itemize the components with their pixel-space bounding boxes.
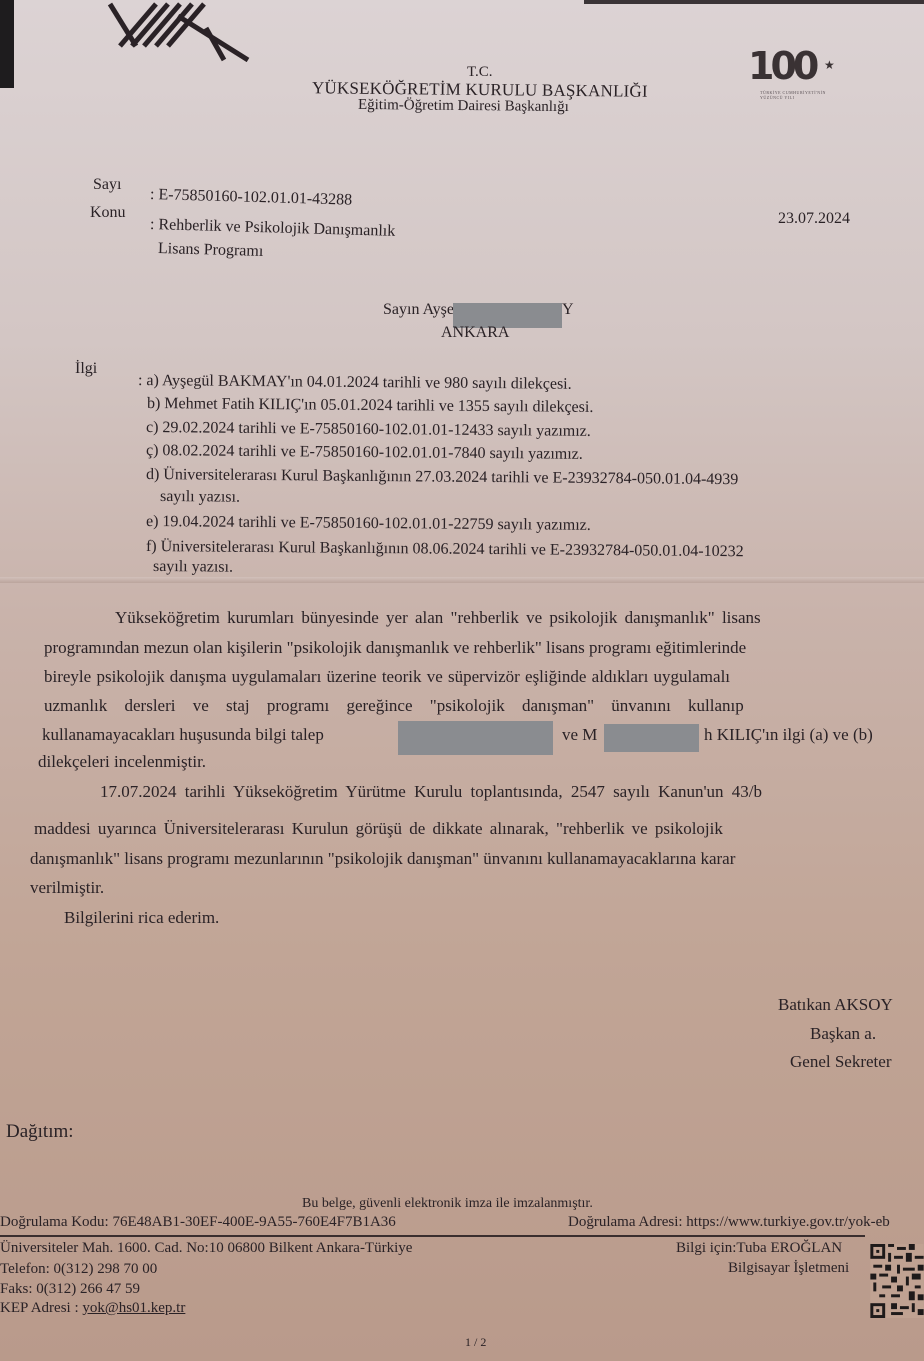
- paper-fold: [0, 577, 924, 583]
- page-number: 1 / 2: [465, 1335, 486, 1350]
- ilgi-item-b: b) Mehmet Fatih KILIÇ'ın 05.01.2024 tari…: [147, 395, 594, 417]
- background-edge-top: [584, 0, 924, 4]
- konu-label: Konu: [90, 204, 126, 222]
- signatory-name: Batıkan AKSOY: [778, 995, 893, 1015]
- verification-code: Doğrulama Kodu: 76E48AB1-30EF-400E-9A55-…: [0, 1214, 396, 1231]
- footer-phone: Telefon: 0(312) 298 70 00: [0, 1261, 157, 1278]
- centennial-subtext: TÜRKİYE CUMHURİYETİ'NİN YÜZÜNCÜ YILI: [760, 90, 840, 100]
- kep-address-link[interactable]: yok@hs01.kep.tr: [82, 1300, 185, 1316]
- body-p1-line4: uzmanlık dersleri ve staj programı gereğ…: [44, 696, 744, 716]
- footer-fax: Faks: 0(312) 266 47 59: [0, 1281, 140, 1298]
- verification-address[interactable]: Doğrulama Adresi: https://www.turkiye.go…: [568, 1214, 890, 1231]
- body-p2-line3: danışmanlık" lisans programı mezunlarını…: [30, 849, 735, 869]
- ilgi-item-f: f) Üniversitelerarası Kurul Başkanlığını…: [146, 538, 744, 561]
- signatory-title2: Genel Sekreter: [790, 1052, 891, 1072]
- info-contact: Bilgi için:Tuba EROĞLAN: [676, 1240, 842, 1257]
- yok-logo-icon: [106, 2, 256, 62]
- header-tc: T.C.: [467, 64, 493, 81]
- ilgi-item-e: e) 19.04.2024 tarihli ve E-75850160-102.…: [146, 513, 591, 535]
- sayi-label: Sayı: [93, 176, 121, 194]
- kep-label: KEP Adresi :: [0, 1300, 82, 1316]
- e-signature-note: Bu belge, güvenli elektronik imza ile im…: [302, 1196, 593, 1212]
- body-p1-line5b: ve M: [562, 725, 597, 745]
- signatory-title1: Başkan a.: [810, 1024, 876, 1044]
- star-icon: ★: [824, 58, 835, 73]
- footer-kep: KEP Adresi : yok@hs01.kep.tr: [0, 1300, 185, 1317]
- ilgi-item-c: c) 29.02.2024 tarihli ve E-75850160-102.…: [146, 419, 591, 441]
- body-p2-line4: verilmiştir.: [30, 878, 104, 898]
- ilgi-item-a: : a) Ayşegül BAKMAY'ın 04.01.2024 tarihl…: [138, 372, 572, 394]
- redaction-box: [604, 724, 699, 752]
- ilgi-item-f-cont: sayılı yazısı.: [153, 558, 233, 577]
- centennial-logo: 100 ★ TÜRKİYE CUMHURİYETİ'NİN YÜZÜNCÜ YI…: [748, 48, 840, 100]
- footer-address: Üniversiteler Mah. 1600. Cad. No:10 0680…: [0, 1240, 412, 1257]
- centennial-number: 100: [748, 44, 815, 88]
- addressee-city: ANKARA: [441, 324, 509, 342]
- ilgi-item-cc: ç) 08.02.2024 tarihli ve E-75850160-102.…: [146, 442, 583, 464]
- body-p2-line1: 17.07.2024 tarihli Yükseköğretim Yürütme…: [100, 782, 762, 802]
- body-p1-line1: Yükseköğretim kurumları bünyesinde yer a…: [115, 608, 761, 628]
- body-p1-line2: programından mezun olan kişilerin "psiko…: [44, 638, 746, 658]
- info-role: Bilgisayar İşletmeni: [728, 1260, 849, 1277]
- distribution-label: Dağıtım:: [6, 1121, 74, 1143]
- body-closing: Bilgilerini rica ederim.: [64, 908, 219, 928]
- body-p1-line5a: kullanamayacakları huşusunda bilgi talep: [42, 725, 324, 745]
- ilgi-label: İlgi: [75, 360, 97, 378]
- background-edge: [0, 0, 14, 88]
- konu-value-line2: Lisans Programı: [158, 240, 264, 261]
- sayi-value: : E-75850160-102.01.01-43288: [150, 186, 353, 210]
- footer-divider: [0, 1235, 865, 1237]
- addressee-name-visible: Sayın Ayşe: [383, 301, 454, 318]
- body-p1-line3: bireyle psikolojik danışma uygulamaları …: [44, 667, 730, 687]
- konu-value-line1: : Rehberlik ve Psikolojik Danışmanlık: [150, 216, 396, 241]
- letter-date: 23.07.2024: [778, 210, 850, 228]
- addressee-name-suffix: Y: [562, 301, 574, 318]
- letter-page: 100 ★ TÜRKİYE CUMHURİYETİ'NİN YÜZÜNCÜ YI…: [0, 0, 924, 1361]
- qr-code-icon[interactable]: [870, 1244, 924, 1318]
- redaction-box: [398, 721, 553, 755]
- ilgi-item-d: d) Üniversitelerarası Kurul Başkanlığını…: [146, 466, 738, 489]
- body-p2-line2: maddesi uyarınca Üniversitelerarası Kuru…: [34, 819, 723, 839]
- body-p1-line5c: h KILIÇ'ın ilgi (a) ve (b): [704, 725, 873, 745]
- ilgi-item-d-cont: sayılı yazısı.: [160, 488, 240, 507]
- header-department: Eğitim-Öğretim Dairesi Başkanlığı: [358, 97, 569, 116]
- body-p1-line6: dilekçeleri incelenmiştir.: [38, 752, 206, 772]
